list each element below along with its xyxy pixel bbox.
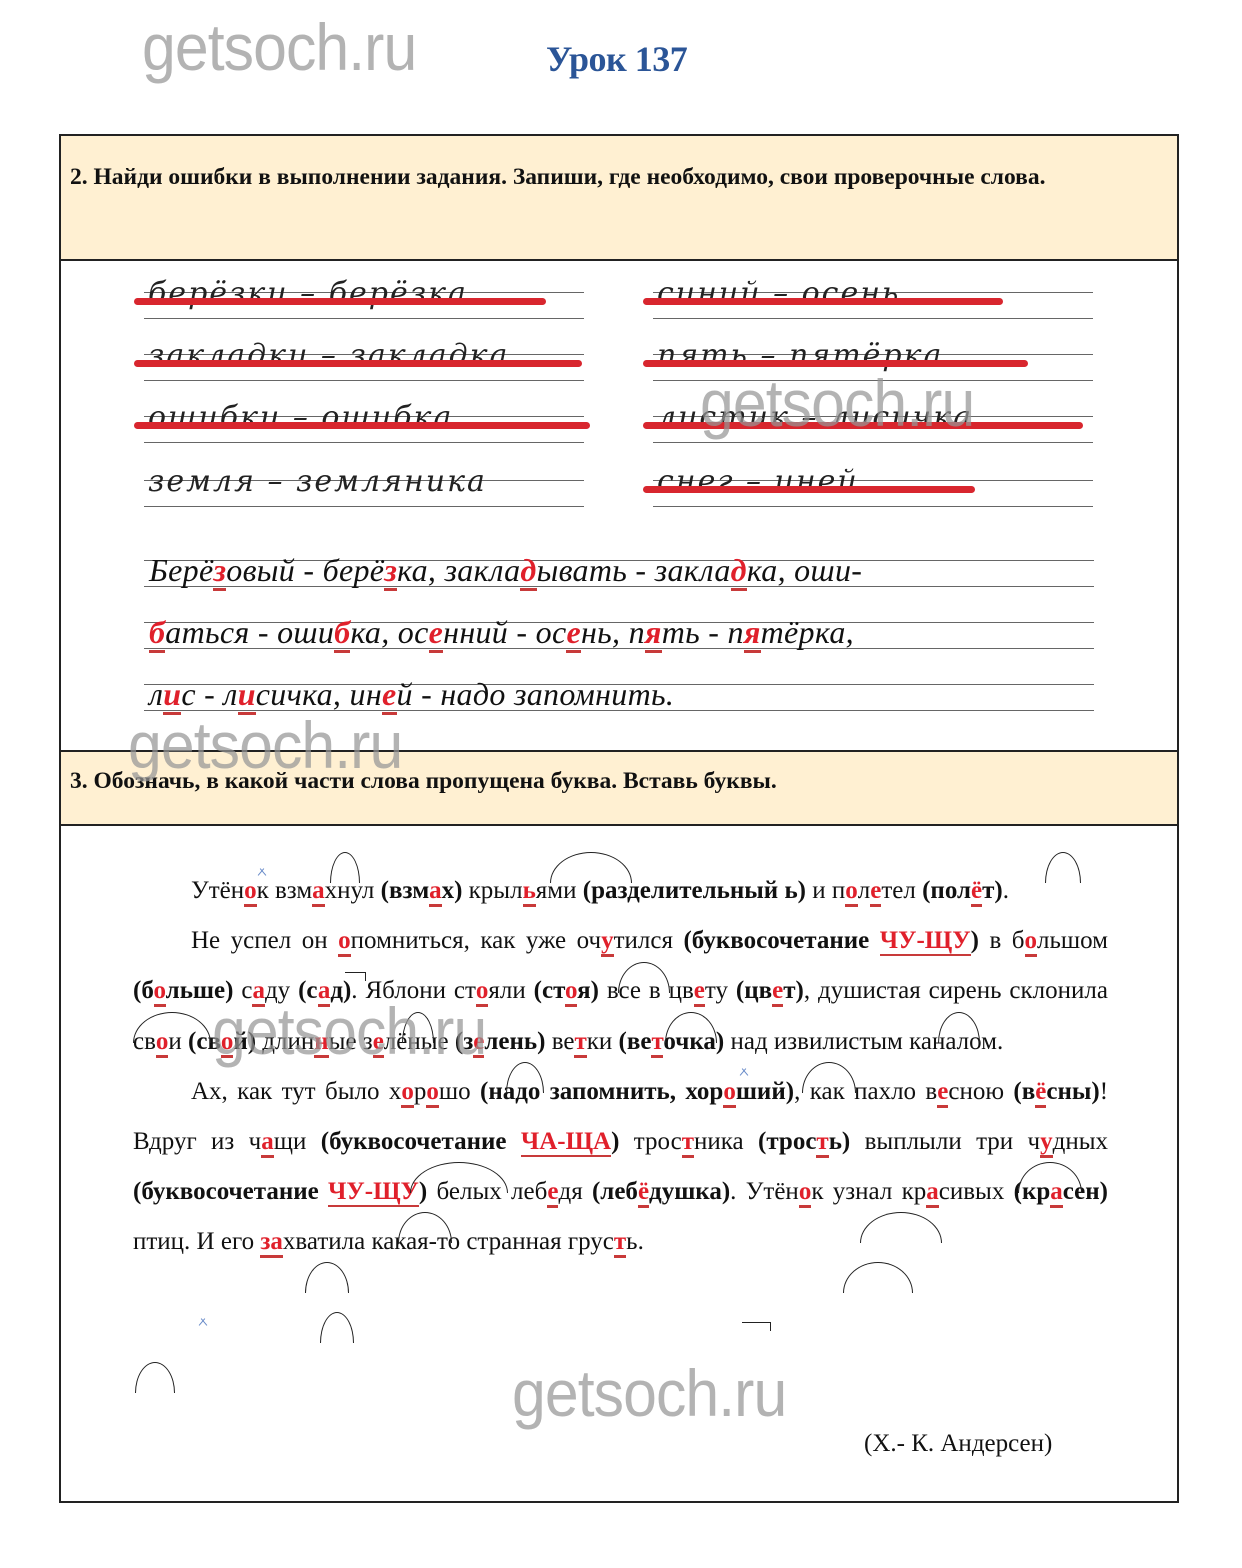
- check-word: ): [419, 1178, 427, 1205]
- exercise-frame: 2. Найди ошибки в выполнении задания. За…: [59, 134, 1179, 1503]
- inserted-letter: а: [261, 1128, 274, 1158]
- text-run: сною: [948, 1078, 1013, 1105]
- ruled-line: [144, 506, 584, 507]
- handwritten-pair: синий – осень: [657, 276, 900, 311]
- check-word: (леб: [592, 1178, 638, 1205]
- handwritten-pair: снег – иней: [657, 464, 859, 499]
- inserted-letter: д: [731, 552, 747, 591]
- text-run: ка, закла: [397, 552, 520, 588]
- text-run: ве: [545, 1028, 574, 1055]
- inserted-letter: о: [221, 1028, 234, 1058]
- text-run: р: [414, 1078, 427, 1105]
- answer-line: баться - ошибка, осенний - осень, пять -…: [149, 614, 854, 651]
- text-run: шо: [439, 1078, 480, 1105]
- inserted-letter: е: [473, 1028, 484, 1058]
- text-run: л: [149, 676, 163, 712]
- text-run: дя: [558, 1178, 592, 1205]
- text-run: и п: [806, 877, 845, 904]
- inserted-letter: н: [314, 1028, 328, 1058]
- check-word: (буквосочетание: [321, 1128, 521, 1155]
- answer-line: Берёзовый - берёзка, закладывать - закла…: [149, 552, 862, 589]
- check-word: ): [971, 927, 979, 954]
- inserted-letter: е: [937, 1078, 948, 1108]
- check-word: (взм: [381, 877, 429, 904]
- text-run: тился: [614, 927, 684, 954]
- ruled-line: [653, 380, 1093, 381]
- ruled-line: [653, 318, 1093, 319]
- check-word: (в: [1013, 1078, 1035, 1105]
- text-run: все в цв: [599, 977, 694, 1004]
- inserted-letter: о: [154, 977, 166, 1007]
- text-run: льшом: [1037, 927, 1108, 954]
- inserted-letter: з: [384, 552, 397, 591]
- text-run: крыл: [462, 877, 522, 904]
- text-run: Ах, как тут было х: [191, 1078, 401, 1105]
- inserted-letter: е: [547, 1178, 558, 1208]
- text-run: сивых: [939, 1178, 1014, 1205]
- check-word: душка): [649, 1178, 730, 1205]
- text-run: яли: [488, 977, 533, 1004]
- inserted-letter: ё: [971, 877, 982, 907]
- check-word: д): [330, 977, 351, 1004]
- strike-through: [643, 422, 1083, 429]
- text-run: ями: [536, 877, 583, 904]
- inserted-letter: о: [401, 1078, 414, 1108]
- check-word: (б: [133, 977, 154, 1004]
- story-paragraph: Не успел он опомниться, как уже очутился…: [133, 916, 1108, 1067]
- text-run: нь, п: [581, 614, 645, 650]
- check-word: сен): [1063, 1178, 1108, 1205]
- letter-combination: ЧУ-ЩУ: [328, 1178, 419, 1207]
- inserted-letter: а: [252, 977, 265, 1007]
- check-word: (с: [298, 977, 318, 1004]
- text-run: выплыли три ч: [850, 1128, 1040, 1155]
- inserted-letter: о: [1025, 927, 1038, 957]
- inserted-letter: я: [744, 614, 761, 653]
- answer-line: лис - лисичка, иней - надо запомнить.: [149, 676, 674, 713]
- inserted-letter: и: [238, 676, 256, 715]
- text-run: ка, оши-: [747, 552, 862, 588]
- text-run: . Утён: [730, 1178, 799, 1205]
- inserted-letter: б: [334, 614, 350, 653]
- check-word: (буквосочетание: [683, 927, 879, 954]
- inserted-letter: я: [645, 614, 662, 653]
- text-run: с: [233, 977, 252, 1004]
- inserted-letter: ь: [523, 877, 536, 907]
- inserted-letter: е: [694, 977, 705, 1007]
- text-run: овый - берё: [226, 552, 384, 588]
- inserted-letter: за: [260, 1228, 283, 1258]
- text-run: ка, ос: [350, 614, 428, 650]
- strike-through: [134, 298, 546, 305]
- letter-combination: ЧА-ЩА: [521, 1128, 611, 1157]
- inserted-letter: о: [426, 1078, 439, 1108]
- handwritten-pair: пять – пятёрка: [657, 338, 943, 373]
- inserted-letter: т: [651, 1028, 663, 1058]
- check-word: (св: [188, 1028, 221, 1055]
- author-credit: (Х.- К. Андерсен): [864, 1430, 1052, 1458]
- text-run: щи: [274, 1128, 321, 1155]
- text-run: нний - ос: [443, 614, 566, 650]
- inserted-letter: и: [163, 676, 181, 715]
- watermark-top: getsoch.ru: [142, 14, 416, 80]
- text-run: помниться, как уже оч: [351, 927, 601, 954]
- text-run: тёрка,: [761, 614, 854, 650]
- inserted-letter: е: [382, 676, 397, 715]
- inserted-letter: о: [476, 977, 489, 1007]
- inserted-letter: а: [429, 877, 442, 907]
- text-run: ду: [265, 977, 298, 1004]
- text-run: ые з: [329, 1028, 373, 1055]
- inserted-letter: о: [565, 977, 577, 1007]
- strike-through: [643, 298, 1003, 305]
- check-word: (ст: [534, 977, 565, 1004]
- text-run: й - надо запомнить.: [397, 676, 675, 712]
- text-run: с - л: [181, 676, 237, 712]
- letter-combination: ЧУ-ЩУ: [880, 927, 971, 956]
- check-word: (надо запомнить, хор: [480, 1078, 723, 1105]
- ruled-line: [144, 380, 584, 381]
- text-run: Берё: [149, 552, 213, 588]
- text-run: дных: [1053, 1128, 1108, 1155]
- check-word: (пол: [922, 877, 971, 904]
- check-word: т): [982, 877, 1003, 904]
- text-run: к узнал кр: [811, 1178, 926, 1205]
- text-run: над извилистым каналом.: [724, 1028, 1003, 1055]
- ruled-line: [144, 318, 584, 319]
- inserted-letter: з: [213, 552, 226, 591]
- inserted-letter: ё: [1035, 1078, 1046, 1108]
- ruled-line: [653, 506, 1093, 507]
- strike-through: [134, 360, 582, 367]
- text-run: и: [168, 1028, 188, 1055]
- inserted-letter: о: [156, 1028, 169, 1058]
- inserted-letter: е: [429, 614, 444, 653]
- check-word: т): [783, 977, 804, 1004]
- inserted-letter: т: [682, 1128, 694, 1158]
- check-word: (цв: [736, 977, 772, 1004]
- check-word: й): [233, 1028, 256, 1055]
- handwritten-pair: листик – лисичка: [657, 400, 973, 435]
- check-word: (буквосочетание: [133, 1178, 328, 1205]
- text-run: лёные: [384, 1028, 455, 1055]
- text-run: ывать - закла: [537, 552, 731, 588]
- check-word: ший): [736, 1078, 794, 1105]
- text-run: ки: [587, 1028, 619, 1055]
- strike-through: [134, 422, 590, 429]
- text-run: к взм: [257, 877, 313, 904]
- text-run: ника: [694, 1128, 758, 1155]
- ruled-line: [144, 442, 584, 443]
- inserted-letter: о: [799, 1178, 812, 1208]
- text-run: л: [858, 877, 870, 904]
- inserted-letter: а: [312, 877, 325, 907]
- check-word: сны): [1046, 1078, 1099, 1105]
- strike-through: [643, 360, 1028, 367]
- text-run: хватила какая-то странная грус: [283, 1228, 614, 1255]
- inserted-letter: а: [1050, 1178, 1063, 1208]
- inserted-letter: е: [772, 977, 783, 1007]
- text-run: в б: [979, 927, 1025, 954]
- inserted-letter: т: [816, 1128, 828, 1158]
- inserted-letter: о: [723, 1078, 736, 1108]
- inserted-letter: о: [244, 877, 257, 907]
- inserted-letter: а: [318, 977, 331, 1007]
- inserted-letter: о: [845, 877, 858, 907]
- handwritten-pair: закладки – закладка: [148, 338, 509, 373]
- inserted-letter: о: [338, 927, 351, 957]
- text-run: сичка, ин: [256, 676, 382, 712]
- ruled-line: [653, 442, 1093, 443]
- check-word: я): [577, 977, 599, 1004]
- inserted-letter: т: [614, 1228, 626, 1258]
- text-run: ту: [705, 977, 736, 1004]
- check-word: (ве: [619, 1028, 652, 1055]
- handwritten-pair: земля – земляника: [148, 464, 487, 499]
- text-run: ь.: [626, 1228, 644, 1255]
- text-run: аться - оши: [165, 614, 334, 650]
- story-text: Утёнок взмахнул (взмах) крыльями (раздел…: [133, 866, 1108, 1268]
- text-run: . Яблони ст: [351, 977, 476, 1004]
- lesson-title: Урок 137: [546, 38, 687, 80]
- check-word: (трос: [758, 1128, 816, 1155]
- inserted-letter: а: [926, 1178, 939, 1208]
- check-word: лень): [484, 1028, 545, 1055]
- inserted-letter: ё: [638, 1178, 649, 1208]
- handwritten-pair: ошибки – ошибка: [148, 400, 453, 435]
- inserted-letter: б: [149, 614, 165, 653]
- handwritten-pair: берёзки – берёзка: [148, 276, 468, 311]
- text-run: ть - п: [662, 614, 744, 650]
- task-3-instruction: 3. Обозначь, в какой части слова пропуще…: [61, 750, 1177, 826]
- text-run: хнул: [325, 877, 381, 904]
- inserted-letter: е: [373, 1028, 384, 1058]
- check-word: (разделительный ь): [583, 877, 806, 904]
- check-word: ь): [829, 1128, 851, 1155]
- inserted-letter: е: [870, 877, 881, 907]
- inserted-letter: т: [574, 1028, 586, 1058]
- text-run: , как пахло в: [794, 1078, 937, 1105]
- check-word: очка): [663, 1028, 724, 1055]
- check-word: (кр: [1014, 1178, 1051, 1205]
- text-run: трос: [619, 1128, 681, 1155]
- inserted-letter: у: [601, 927, 614, 957]
- story-paragraph: Утёнок взмахнул (взмах) крыльями (раздел…: [133, 866, 1108, 916]
- strike-through: [643, 486, 975, 493]
- check-word: (з: [455, 1028, 473, 1055]
- text-run: Не успел он: [191, 927, 338, 954]
- text-run: белых леб: [427, 1178, 547, 1205]
- check-word: льше): [166, 977, 234, 1004]
- inserted-letter: у: [1040, 1128, 1053, 1158]
- text-run: .: [1003, 877, 1009, 904]
- text-run: длин: [256, 1028, 314, 1055]
- text-run: Утён: [191, 877, 244, 904]
- inserted-letter: д: [520, 552, 536, 591]
- inserted-letter: е: [566, 614, 581, 653]
- text-run: тел: [881, 877, 922, 904]
- text-run: птиц. И его: [133, 1228, 260, 1255]
- task-2-instruction: 2. Найди ошибки в выполнении задания. За…: [61, 136, 1177, 261]
- story-paragraph: Ах, как тут было хорошо (надо запомнить,…: [133, 1067, 1108, 1268]
- check-word: х): [442, 877, 463, 904]
